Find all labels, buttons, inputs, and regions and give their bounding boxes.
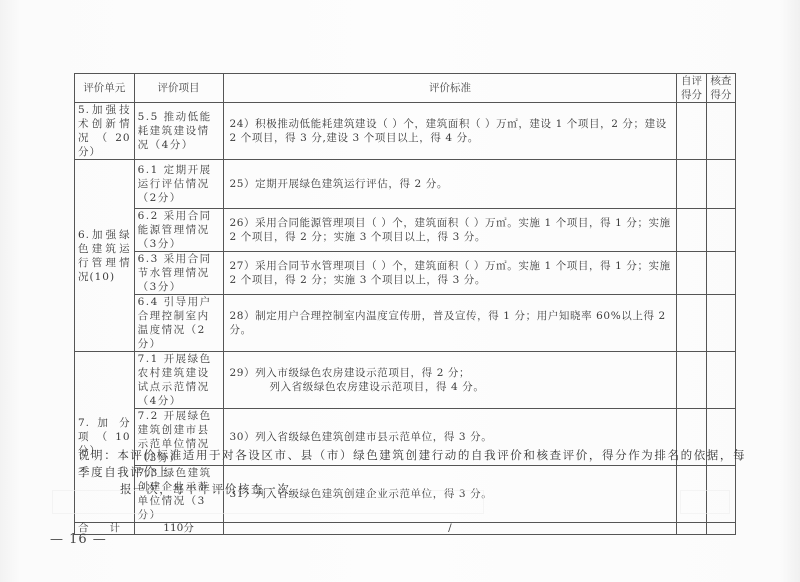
bleed-through-shadow — [680, 490, 730, 514]
item-cell: 6.3 采用合同节水管理情况（3分） — [134, 252, 223, 295]
header-item: 评价项目 — [134, 74, 223, 103]
total-row: 合 计 110分 / — [75, 523, 736, 535]
criteria-line-1: 29）列入市级绿色农房建设示范项目，得 2 分； — [230, 367, 471, 379]
total-self-score[interactable] — [677, 523, 706, 535]
item-cell: 5.5 推动低能耗建筑建设情况（4分） — [134, 103, 223, 160]
criteria-line-2: 列入省级绿色农房建设示范项目，得 4 分。 — [230, 380, 674, 394]
item-cell: 6.4 引导用户合理控制室内温度情况（2分） — [134, 295, 223, 352]
total-check-score[interactable] — [706, 523, 735, 535]
self-score-cell[interactable] — [677, 160, 706, 209]
self-score-cell[interactable] — [677, 209, 706, 252]
check-score-cell[interactable] — [706, 209, 735, 252]
item-cell: 6.2 采用合同能源管理情况（3分） — [134, 209, 223, 252]
table-row: 6.加强绿色建筑运行管理情况(10) 6.1 定期开展运行评估情况（2分） 25… — [75, 160, 736, 209]
note-label: 说明： — [78, 447, 117, 464]
self-score-cell[interactable] — [677, 295, 706, 352]
note-text: 本评价标准适用于对各设区市、县（市）绿色建筑创建行动的自我评价和核查评价，得分作… — [78, 448, 746, 479]
table-row: 5.加强技术创新情况（20分） 5.5 推动低能耗建筑建设情况（4分） 24）积… — [75, 103, 736, 160]
check-score-cell[interactable] — [706, 352, 735, 409]
page-number: — 16 — — [50, 532, 107, 547]
check-score-cell[interactable] — [706, 252, 735, 295]
table-header-row: 评价单元 评价项目 评价标准 自评得分 核查得分 — [75, 74, 736, 103]
criteria-cell: 26）采用合同能源管理项目（ ）个，建筑面积（ ）万㎡。实施 1 个项目，得 1… — [223, 209, 677, 252]
check-score-cell[interactable] — [706, 103, 735, 160]
total-value: 110分 — [134, 523, 223, 535]
header-check-score: 核查得分 — [706, 74, 735, 103]
table-row: 6.3 采用合同节水管理情况（3分） 27）采用合同节水管理项目（ ）个，建筑面… — [75, 252, 736, 295]
self-score-cell[interactable] — [677, 252, 706, 295]
header-self-score: 自评得分 — [677, 74, 706, 103]
criteria-cell: 28）制定用户合理控制室内温度宣传册，普及宣传，得 1 分；用户知晓率 60%以… — [223, 295, 677, 352]
item-cell: 7.1 开展绿色农村建筑建设试点示范情况（4分） — [134, 352, 223, 409]
total-criteria: / — [223, 523, 677, 535]
check-score-cell[interactable] — [706, 295, 735, 352]
unit-cell: 5.加强技术创新情况（20分） — [75, 103, 135, 160]
criteria-cell: 27）采用合同节水管理项目（ ）个，建筑面积（ ）万㎡。实施 1 个项目，得 1… — [223, 252, 677, 295]
table-row: 6.4 引导用户合理控制室内温度情况（2分） 28）制定用户合理控制室内温度宣传… — [75, 295, 736, 352]
header-unit: 评价单元 — [75, 74, 135, 103]
criteria-cell: 24）积极推动低能耗建筑建设（ ）个，建筑面积（ ）万㎡，建设 1 个项目，2 … — [223, 103, 677, 160]
check-score-cell[interactable] — [706, 160, 735, 209]
self-score-cell[interactable] — [677, 352, 706, 409]
item-cell: 6.1 定期开展运行评估情况（2分） — [134, 160, 223, 209]
criteria-cell: 25）定期开展绿色建筑运行评估，得 2 分。 — [223, 160, 677, 209]
unit-cell: 6.加强绿色建筑运行管理情况(10) — [75, 160, 135, 352]
table-row: 6.2 采用合同能源管理情况（3分） 26）采用合同能源管理项目（ ）个，建筑面… — [75, 209, 736, 252]
table-row: 7. 加 分 项（10分） 7.1 开展绿色农村建筑建设试点示范情况（4分） 2… — [75, 352, 736, 409]
criteria-cell: 29）列入市级绿色农房建设示范项目，得 2 分； 列入省级绿色农房建设示范项目，… — [223, 352, 677, 409]
header-criteria: 评价标准 — [223, 74, 677, 103]
self-score-cell[interactable] — [677, 103, 706, 160]
bleed-through-shadow — [52, 490, 484, 514]
